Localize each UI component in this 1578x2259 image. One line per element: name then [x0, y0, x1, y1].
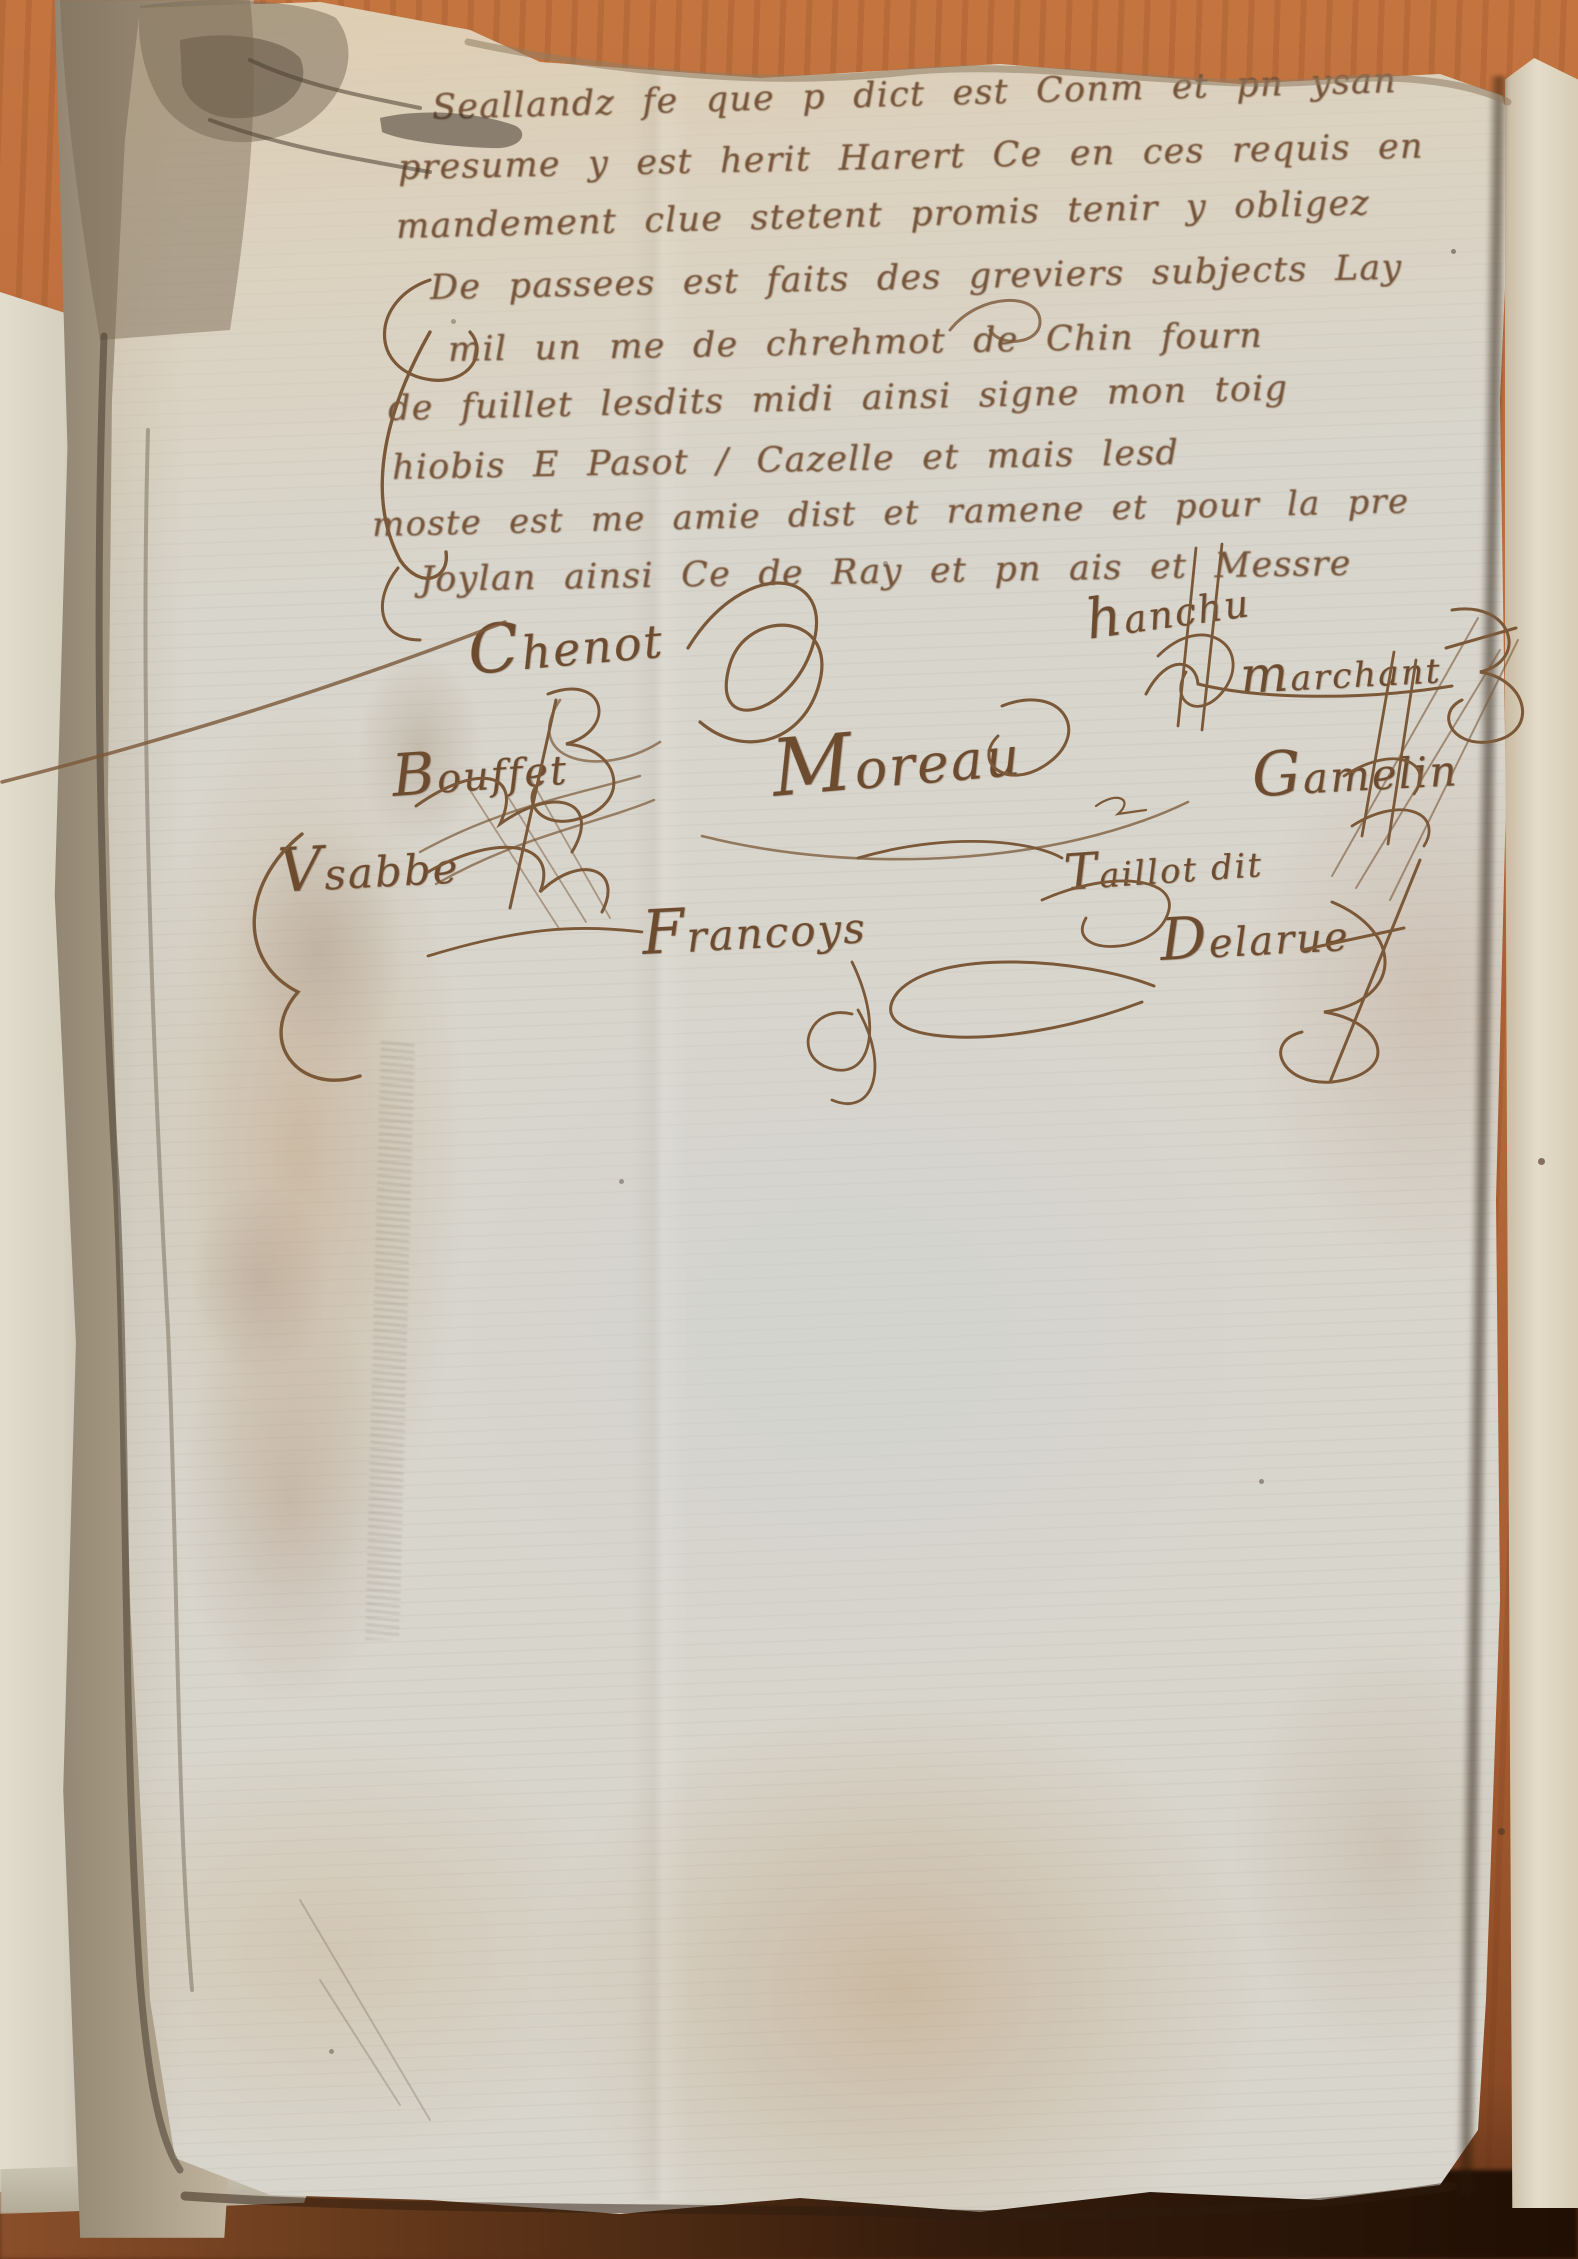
signature-delarue: Delarue [1158, 896, 1351, 974]
text-line-2: presume y est herit Harert Ce en ces req… [398, 127, 1424, 188]
signature-marchant: marchant [1238, 636, 1442, 705]
signature-chenot: Chenot [465, 595, 667, 690]
text-line-4: De passees est faits des greviers subjec… [430, 248, 1403, 308]
signature-vsabbe: Vsabbe [276, 827, 461, 907]
signature-taillot: Taillot dit [1062, 830, 1265, 902]
photo-of-manuscript: Seallandz fe que p dict est Conm et pn y… [0, 0, 1578, 2259]
handwritten-text-block: Seallandz fe que p dict est Conm et pn y… [0, 0, 1578, 2259]
text-line-5: mil un me de chrehmot de Chin fourn [448, 316, 1264, 370]
signature-gamelin: Gamelin [1250, 729, 1460, 811]
text-line-8: moste est me amie dist et ramene et pour… [372, 481, 1410, 545]
signature-bouffet: Bouffet [390, 730, 570, 810]
paper-specks [0, 0, 3, 3]
text-line-6: de fuillet lesdits midi ainsi signe mon … [388, 369, 1289, 429]
text-line-3: mandement clue stetent promis tenir y ob… [396, 183, 1371, 247]
signature-moreau: Moreau [768, 702, 1024, 814]
text-line-1: Seallandz fe que p dict est Conm et pn y… [431, 61, 1397, 128]
text-line-7: hiobis E Pasot / Cazelle et mais lesd [392, 433, 1180, 488]
signature-francoys: Francoys [640, 886, 868, 969]
